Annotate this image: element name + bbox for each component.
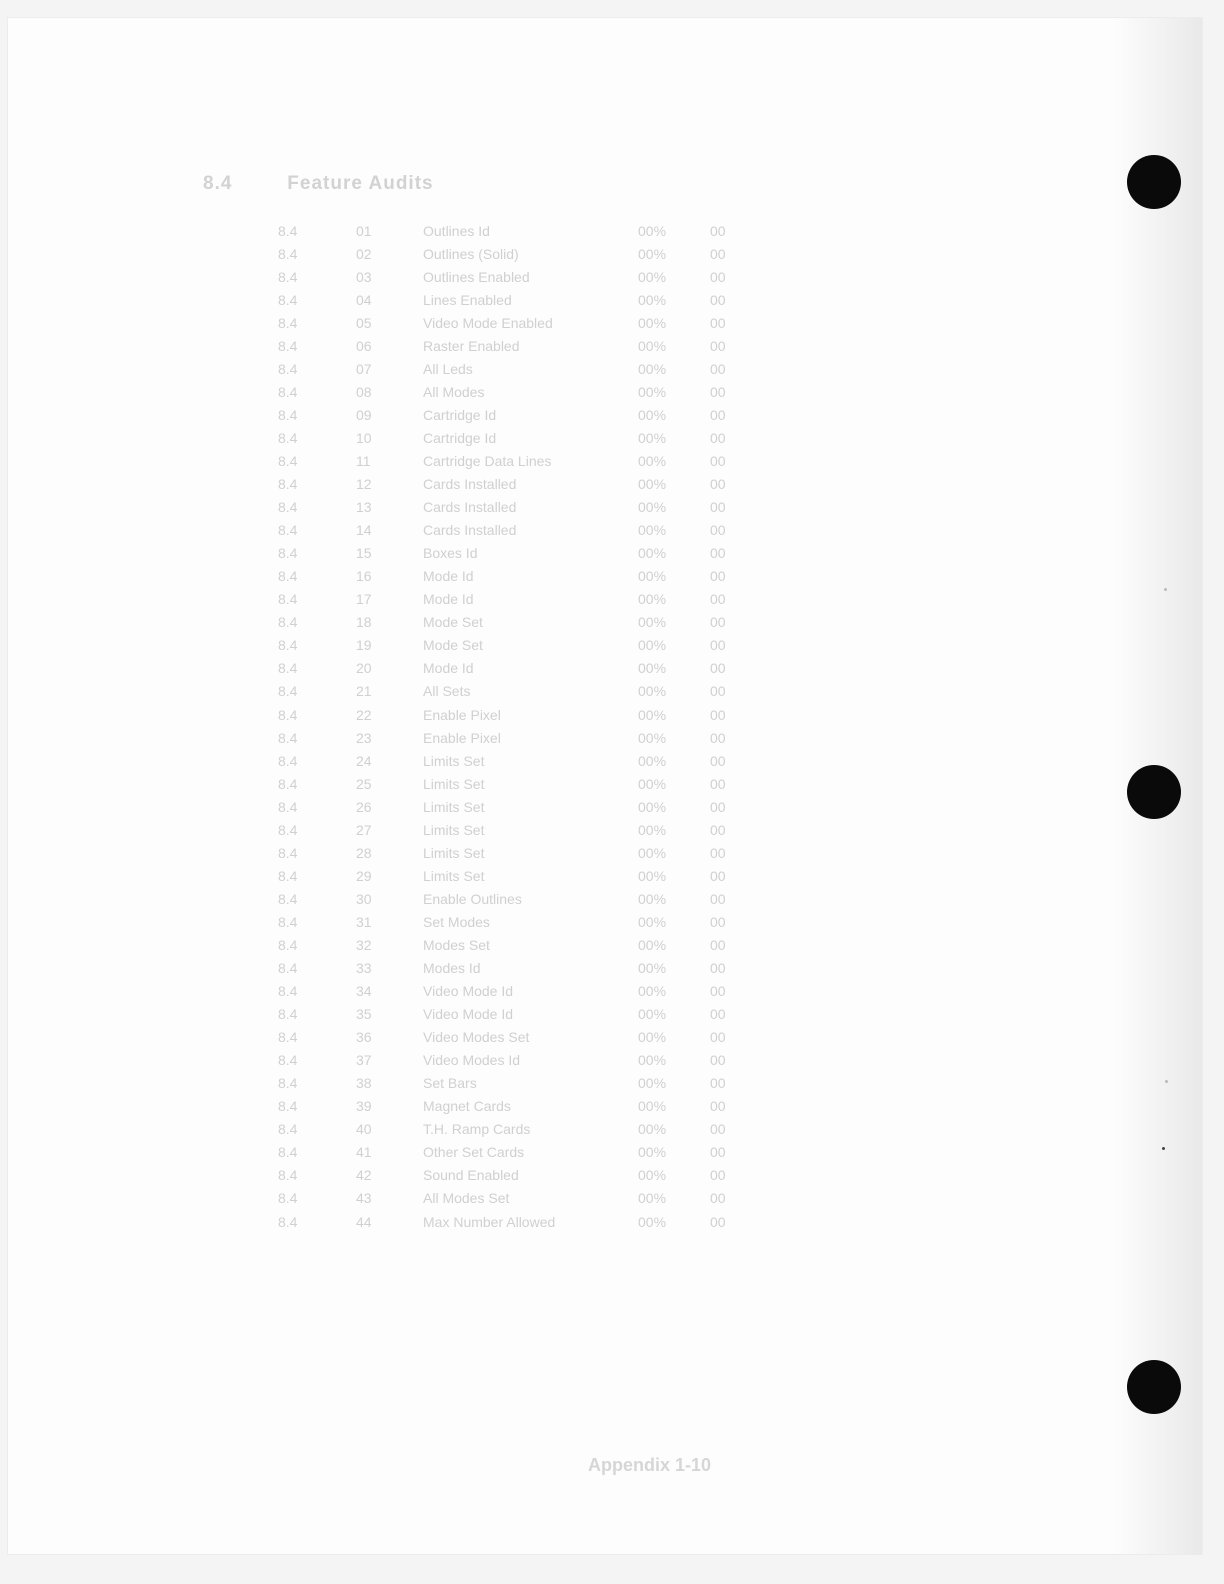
table-row: 8.409Cartridge Id00%00 bbox=[278, 403, 750, 426]
table-row: 8.420Mode Id00%00 bbox=[278, 657, 750, 680]
row-description: Video Mode Id bbox=[423, 1006, 638, 1022]
table-row: 8.443All Modes Set00%00 bbox=[278, 1187, 750, 1210]
row-number: 06 bbox=[356, 338, 423, 354]
row-number: 12 bbox=[356, 476, 423, 492]
table-row: 8.441Other Set Cards00%00 bbox=[278, 1141, 750, 1164]
row-number: 26 bbox=[356, 799, 423, 815]
scan-speck bbox=[1164, 588, 1167, 591]
table-row: 8.404Lines Enabled00%00 bbox=[278, 288, 750, 311]
section-heading: 8.4 Feature Audits bbox=[203, 173, 434, 195]
row-percent: 00% bbox=[638, 1214, 710, 1230]
row-section: 8.4 bbox=[278, 361, 356, 377]
row-value: 00 bbox=[710, 246, 750, 262]
row-value: 00 bbox=[710, 384, 750, 400]
table-row: 8.422Enable Pixel00%00 bbox=[278, 703, 750, 726]
row-percent: 00% bbox=[638, 407, 710, 423]
row-percent: 00% bbox=[638, 983, 710, 999]
row-description: Modes Set bbox=[423, 937, 638, 953]
row-percent: 00% bbox=[638, 269, 710, 285]
row-number: 09 bbox=[356, 407, 423, 423]
row-number: 38 bbox=[356, 1075, 423, 1091]
row-description: All Modes Set bbox=[423, 1190, 638, 1206]
row-section: 8.4 bbox=[278, 914, 356, 930]
row-description: Set Bars bbox=[423, 1075, 638, 1091]
row-number: 16 bbox=[356, 568, 423, 584]
row-section: 8.4 bbox=[278, 937, 356, 953]
row-section: 8.4 bbox=[278, 292, 356, 308]
row-number: 03 bbox=[356, 269, 423, 285]
row-percent: 00% bbox=[638, 384, 710, 400]
row-number: 07 bbox=[356, 361, 423, 377]
row-value: 00 bbox=[710, 223, 750, 239]
row-value: 00 bbox=[710, 545, 750, 561]
binder-hole-middle bbox=[1127, 765, 1181, 819]
row-percent: 00% bbox=[638, 707, 710, 723]
row-number: 19 bbox=[356, 637, 423, 653]
row-description: Video Mode Id bbox=[423, 983, 638, 999]
row-value: 00 bbox=[710, 361, 750, 377]
row-description: Video Mode Enabled bbox=[423, 315, 638, 331]
row-section: 8.4 bbox=[278, 891, 356, 907]
row-section: 8.4 bbox=[278, 799, 356, 815]
row-section: 8.4 bbox=[278, 338, 356, 354]
row-section: 8.4 bbox=[278, 1029, 356, 1045]
table-row: 8.435Video Mode Id00%00 bbox=[278, 1003, 750, 1026]
row-value: 00 bbox=[710, 453, 750, 469]
row-value: 00 bbox=[710, 499, 750, 515]
row-section: 8.4 bbox=[278, 1144, 356, 1160]
scan-speck bbox=[1162, 1147, 1165, 1150]
row-section: 8.4 bbox=[278, 591, 356, 607]
row-value: 00 bbox=[710, 983, 750, 999]
row-number: 13 bbox=[356, 499, 423, 515]
row-number: 35 bbox=[356, 1006, 423, 1022]
row-value: 00 bbox=[710, 1006, 750, 1022]
row-value: 00 bbox=[710, 407, 750, 423]
row-description: Mode Id bbox=[423, 591, 638, 607]
row-value: 00 bbox=[710, 522, 750, 538]
table-row: 8.430Enable Outlines00%00 bbox=[278, 887, 750, 910]
row-section: 8.4 bbox=[278, 269, 356, 285]
table-row: 8.442Sound Enabled00%00 bbox=[278, 1164, 750, 1187]
row-percent: 00% bbox=[638, 1144, 710, 1160]
row-percent: 00% bbox=[638, 822, 710, 838]
row-number: 24 bbox=[356, 753, 423, 769]
row-number: 34 bbox=[356, 983, 423, 999]
row-description: Raster Enabled bbox=[423, 338, 638, 354]
row-value: 00 bbox=[710, 799, 750, 815]
table-row: 8.426Limits Set00%00 bbox=[278, 795, 750, 818]
row-section: 8.4 bbox=[278, 499, 356, 515]
row-value: 00 bbox=[710, 476, 750, 492]
row-value: 00 bbox=[710, 822, 750, 838]
row-section: 8.4 bbox=[278, 960, 356, 976]
row-section: 8.4 bbox=[278, 845, 356, 861]
row-section: 8.4 bbox=[278, 753, 356, 769]
row-value: 00 bbox=[710, 1075, 750, 1091]
row-value: 00 bbox=[710, 568, 750, 584]
row-number: 11 bbox=[356, 453, 423, 469]
row-percent: 00% bbox=[638, 914, 710, 930]
table-row: 8.428Limits Set00%00 bbox=[278, 841, 750, 864]
row-percent: 00% bbox=[638, 1029, 710, 1045]
row-section: 8.4 bbox=[278, 660, 356, 676]
row-percent: 00% bbox=[638, 637, 710, 653]
row-value: 00 bbox=[710, 315, 750, 331]
row-number: 17 bbox=[356, 591, 423, 607]
row-description: Limits Set bbox=[423, 822, 638, 838]
table-row: 8.433Modes Id00%00 bbox=[278, 957, 750, 980]
row-value: 00 bbox=[710, 683, 750, 699]
row-number: 01 bbox=[356, 223, 423, 239]
row-value: 00 bbox=[710, 1029, 750, 1045]
row-value: 00 bbox=[710, 868, 750, 884]
table-row: 8.429Limits Set00%00 bbox=[278, 864, 750, 887]
row-percent: 00% bbox=[638, 545, 710, 561]
table-row: 8.431Set Modes00%00 bbox=[278, 910, 750, 933]
row-section: 8.4 bbox=[278, 1167, 356, 1183]
row-number: 43 bbox=[356, 1190, 423, 1206]
row-section: 8.4 bbox=[278, 1098, 356, 1114]
row-percent: 00% bbox=[638, 1075, 710, 1091]
row-section: 8.4 bbox=[278, 1190, 356, 1206]
row-number: 29 bbox=[356, 868, 423, 884]
row-value: 00 bbox=[710, 660, 750, 676]
row-percent: 00% bbox=[638, 1006, 710, 1022]
row-percent: 00% bbox=[638, 660, 710, 676]
feature-audit-table: 8.401Outlines Id00%008.402Outlines (Soli… bbox=[278, 219, 750, 1233]
row-description: Outlines Id bbox=[423, 223, 638, 239]
row-description: All Modes bbox=[423, 384, 638, 400]
row-number: 40 bbox=[356, 1121, 423, 1137]
table-row: 8.407All Leds00%00 bbox=[278, 357, 750, 380]
row-percent: 00% bbox=[638, 1052, 710, 1068]
row-description: Outlines (Solid) bbox=[423, 246, 638, 262]
row-description: Video Modes Set bbox=[423, 1029, 638, 1045]
row-number: 25 bbox=[356, 776, 423, 792]
section-title: Feature Audits bbox=[287, 173, 433, 194]
table-row: 8.419Mode Set00%00 bbox=[278, 634, 750, 657]
section-number: 8.4 bbox=[203, 173, 281, 195]
row-section: 8.4 bbox=[278, 822, 356, 838]
row-description: Mode Set bbox=[423, 637, 638, 653]
row-value: 00 bbox=[710, 269, 750, 285]
row-percent: 00% bbox=[638, 1098, 710, 1114]
table-row: 8.412Cards Installed00%00 bbox=[278, 473, 750, 496]
row-percent: 00% bbox=[638, 614, 710, 630]
row-value: 00 bbox=[710, 914, 750, 930]
row-number: 02 bbox=[356, 246, 423, 262]
row-description: Limits Set bbox=[423, 845, 638, 861]
row-value: 00 bbox=[710, 707, 750, 723]
row-percent: 00% bbox=[638, 1167, 710, 1183]
row-value: 00 bbox=[710, 591, 750, 607]
row-percent: 00% bbox=[638, 315, 710, 331]
row-section: 8.4 bbox=[278, 637, 356, 653]
page-footer: Appendix 1-10 bbox=[588, 1455, 711, 1476]
row-value: 00 bbox=[710, 430, 750, 446]
row-section: 8.4 bbox=[278, 1075, 356, 1091]
row-value: 00 bbox=[710, 1167, 750, 1183]
row-value: 00 bbox=[710, 614, 750, 630]
row-description: Limits Set bbox=[423, 753, 638, 769]
row-value: 00 bbox=[710, 1052, 750, 1068]
row-percent: 00% bbox=[638, 753, 710, 769]
table-row: 8.436Video Modes Set00%00 bbox=[278, 1026, 750, 1049]
row-value: 00 bbox=[710, 1144, 750, 1160]
row-section: 8.4 bbox=[278, 223, 356, 239]
table-row: 8.427Limits Set00%00 bbox=[278, 818, 750, 841]
row-number: 05 bbox=[356, 315, 423, 331]
row-section: 8.4 bbox=[278, 1214, 356, 1230]
row-value: 00 bbox=[710, 776, 750, 792]
row-description: Limits Set bbox=[423, 799, 638, 815]
row-percent: 00% bbox=[638, 568, 710, 584]
row-description: Enable Pixel bbox=[423, 707, 638, 723]
row-value: 00 bbox=[710, 937, 750, 953]
row-value: 00 bbox=[710, 1121, 750, 1137]
row-percent: 00% bbox=[638, 1121, 710, 1137]
table-row: 8.418Mode Set00%00 bbox=[278, 611, 750, 634]
table-row: 8.434Video Mode Id00%00 bbox=[278, 980, 750, 1003]
binder-hole-bottom bbox=[1127, 1360, 1181, 1414]
row-description: Lines Enabled bbox=[423, 292, 638, 308]
row-description: T.H. Ramp Cards bbox=[423, 1121, 638, 1137]
row-description: Max Number Allowed bbox=[423, 1214, 638, 1230]
row-description: Cards Installed bbox=[423, 522, 638, 538]
row-description: Limits Set bbox=[423, 868, 638, 884]
row-number: 27 bbox=[356, 822, 423, 838]
row-section: 8.4 bbox=[278, 384, 356, 400]
row-percent: 00% bbox=[638, 223, 710, 239]
row-number: 32 bbox=[356, 937, 423, 953]
row-number: 30 bbox=[356, 891, 423, 907]
row-percent: 00% bbox=[638, 430, 710, 446]
table-row: 8.403Outlines Enabled00%00 bbox=[278, 265, 750, 288]
row-number: 15 bbox=[356, 545, 423, 561]
row-number: 44 bbox=[356, 1214, 423, 1230]
row-description: Enable Pixel bbox=[423, 730, 638, 746]
row-percent: 00% bbox=[638, 868, 710, 884]
row-percent: 00% bbox=[638, 799, 710, 815]
row-description: Cards Installed bbox=[423, 476, 638, 492]
row-percent: 00% bbox=[638, 292, 710, 308]
row-percent: 00% bbox=[638, 845, 710, 861]
row-number: 31 bbox=[356, 914, 423, 930]
row-description: Other Set Cards bbox=[423, 1144, 638, 1160]
table-row: 8.444Max Number Allowed00%00 bbox=[278, 1210, 750, 1233]
row-description: Magnet Cards bbox=[423, 1098, 638, 1114]
row-section: 8.4 bbox=[278, 246, 356, 262]
row-section: 8.4 bbox=[278, 1006, 356, 1022]
row-number: 39 bbox=[356, 1098, 423, 1114]
scan-speck bbox=[1165, 1080, 1168, 1083]
row-description: Set Modes bbox=[423, 914, 638, 930]
row-description: Cards Installed bbox=[423, 499, 638, 515]
row-number: 36 bbox=[356, 1029, 423, 1045]
table-row: 8.416Mode Id00%00 bbox=[278, 565, 750, 588]
row-section: 8.4 bbox=[278, 568, 356, 584]
row-number: 20 bbox=[356, 660, 423, 676]
row-section: 8.4 bbox=[278, 614, 356, 630]
row-percent: 00% bbox=[638, 776, 710, 792]
row-number: 33 bbox=[356, 960, 423, 976]
row-value: 00 bbox=[710, 730, 750, 746]
row-number: 22 bbox=[356, 707, 423, 723]
row-percent: 00% bbox=[638, 522, 710, 538]
row-percent: 00% bbox=[638, 246, 710, 262]
row-value: 00 bbox=[710, 891, 750, 907]
row-description: Mode Id bbox=[423, 568, 638, 584]
row-number: 21 bbox=[356, 683, 423, 699]
row-description: Boxes Id bbox=[423, 545, 638, 561]
table-row: 8.425Limits Set00%00 bbox=[278, 772, 750, 795]
table-row: 8.417Mode Id00%00 bbox=[278, 588, 750, 611]
row-number: 23 bbox=[356, 730, 423, 746]
row-description: Cartridge Data Lines bbox=[423, 453, 638, 469]
row-number: 10 bbox=[356, 430, 423, 446]
row-section: 8.4 bbox=[278, 453, 356, 469]
row-description: Outlines Enabled bbox=[423, 269, 638, 285]
row-number: 04 bbox=[356, 292, 423, 308]
row-description: Cartridge Id bbox=[423, 407, 638, 423]
row-percent: 00% bbox=[638, 683, 710, 699]
row-section: 8.4 bbox=[278, 983, 356, 999]
row-section: 8.4 bbox=[278, 683, 356, 699]
row-value: 00 bbox=[710, 960, 750, 976]
table-row: 8.432Modes Set00%00 bbox=[278, 933, 750, 956]
table-row: 8.410Cartridge Id00%00 bbox=[278, 426, 750, 449]
table-row: 8.415Boxes Id00%00 bbox=[278, 542, 750, 565]
row-number: 08 bbox=[356, 384, 423, 400]
table-row: 8.405Video Mode Enabled00%00 bbox=[278, 311, 750, 334]
row-percent: 00% bbox=[638, 499, 710, 515]
table-row: 8.438Set Bars00%00 bbox=[278, 1072, 750, 1095]
document-page: 8.4 Feature Audits 8.401Outlines Id00%00… bbox=[8, 18, 1202, 1554]
row-percent: 00% bbox=[638, 891, 710, 907]
row-section: 8.4 bbox=[278, 707, 356, 723]
row-section: 8.4 bbox=[278, 522, 356, 538]
row-percent: 00% bbox=[638, 937, 710, 953]
table-row: 8.421All Sets00%00 bbox=[278, 680, 750, 703]
row-section: 8.4 bbox=[278, 545, 356, 561]
table-row: 8.406Raster Enabled00%00 bbox=[278, 334, 750, 357]
row-description: Video Modes Id bbox=[423, 1052, 638, 1068]
row-description: Mode Set bbox=[423, 614, 638, 630]
row-description: Modes Id bbox=[423, 960, 638, 976]
row-section: 8.4 bbox=[278, 430, 356, 446]
table-row: 8.424Limits Set00%00 bbox=[278, 749, 750, 772]
row-number: 37 bbox=[356, 1052, 423, 1068]
row-percent: 00% bbox=[638, 1190, 710, 1206]
row-percent: 00% bbox=[638, 960, 710, 976]
row-description: Sound Enabled bbox=[423, 1167, 638, 1183]
binder-hole-top bbox=[1127, 155, 1181, 209]
table-row: 8.437Video Modes Id00%00 bbox=[278, 1049, 750, 1072]
table-row: 8.440T.H. Ramp Cards00%00 bbox=[278, 1118, 750, 1141]
row-description: Cartridge Id bbox=[423, 430, 638, 446]
row-percent: 00% bbox=[638, 476, 710, 492]
row-number: 14 bbox=[356, 522, 423, 538]
row-description: All Leds bbox=[423, 361, 638, 377]
row-section: 8.4 bbox=[278, 315, 356, 331]
row-number: 28 bbox=[356, 845, 423, 861]
row-value: 00 bbox=[710, 753, 750, 769]
row-percent: 00% bbox=[638, 453, 710, 469]
row-section: 8.4 bbox=[278, 776, 356, 792]
row-section: 8.4 bbox=[278, 1121, 356, 1137]
row-value: 00 bbox=[710, 1214, 750, 1230]
table-row: 8.408All Modes00%00 bbox=[278, 380, 750, 403]
table-row: 8.414Cards Installed00%00 bbox=[278, 519, 750, 542]
row-section: 8.4 bbox=[278, 1052, 356, 1068]
row-number: 18 bbox=[356, 614, 423, 630]
row-section: 8.4 bbox=[278, 730, 356, 746]
row-percent: 00% bbox=[638, 591, 710, 607]
table-row: 8.423Enable Pixel00%00 bbox=[278, 726, 750, 749]
row-section: 8.4 bbox=[278, 407, 356, 423]
table-row: 8.439Magnet Cards00%00 bbox=[278, 1095, 750, 1118]
row-value: 00 bbox=[710, 292, 750, 308]
row-section: 8.4 bbox=[278, 868, 356, 884]
row-description: All Sets bbox=[423, 683, 638, 699]
row-percent: 00% bbox=[638, 338, 710, 354]
row-percent: 00% bbox=[638, 730, 710, 746]
row-number: 41 bbox=[356, 1144, 423, 1160]
row-value: 00 bbox=[710, 1190, 750, 1206]
row-value: 00 bbox=[710, 338, 750, 354]
table-row: 8.401Outlines Id00%00 bbox=[278, 219, 750, 242]
row-description: Mode Id bbox=[423, 660, 638, 676]
table-row: 8.411Cartridge Data Lines00%00 bbox=[278, 449, 750, 472]
table-row: 8.413Cards Installed00%00 bbox=[278, 496, 750, 519]
row-description: Limits Set bbox=[423, 776, 638, 792]
row-value: 00 bbox=[710, 637, 750, 653]
row-value: 00 bbox=[710, 1098, 750, 1114]
row-number: 42 bbox=[356, 1167, 423, 1183]
row-percent: 00% bbox=[638, 361, 710, 377]
row-section: 8.4 bbox=[278, 476, 356, 492]
table-row: 8.402Outlines (Solid)00%00 bbox=[278, 242, 750, 265]
row-description: Enable Outlines bbox=[423, 891, 638, 907]
row-value: 00 bbox=[710, 845, 750, 861]
